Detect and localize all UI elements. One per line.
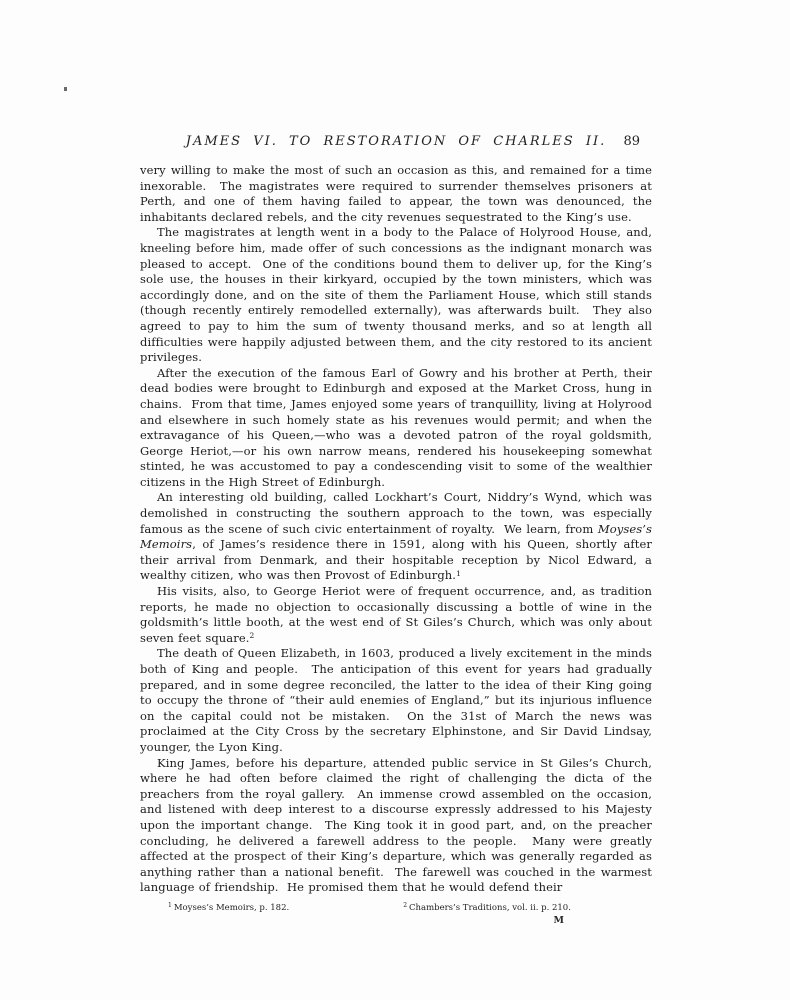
paragraph: His visits, also, to George Heriot were … [140,584,652,646]
text-segment: 2 [250,631,255,640]
paragraph: The magistrates at length went in a body… [140,225,652,365]
page-number: 89 [623,134,640,149]
running-head-title: JAMES VI. TO RESTORATION OF CHARLES II. [186,134,606,149]
text-segment: 1 [456,569,461,578]
scan-speck [64,87,67,91]
paragraph: An interesting old building, called Lock… [140,490,652,584]
page-column: JAMES VI. TO RESTORATION OF CHARLES II. … [140,134,652,926]
paragraph: King James, before his departure, attend… [140,756,652,896]
text-segment: After the execution of the famous Earl o… [140,366,656,489]
scanned-book-page: { "page": { "header": { "title": "JAMES … [0,0,790,1000]
footnotes: 1Moyses’s Memoirs, p. 182. 2Chambers’s T… [140,903,652,914]
signature-mark: M [140,915,652,926]
footnote: 1Moyses’s Memoirs, p. 182. [168,903,289,914]
text-segment: The death of Queen Elizabeth, in 1603, p… [140,646,656,754]
text-segment: His visits, also, to George Heriot were … [140,584,656,645]
paragraph: After the execution of the famous Earl o… [140,366,652,491]
text-segment: very willing to make the most of such an… [140,163,656,224]
footnote-text: Moyses’s Memoirs, p. 182. [174,903,289,913]
text-segment: King James, before his departure, attend… [140,756,656,895]
text-segment: An interesting old building, called Lock… [140,490,656,535]
text-segment: The magistrates at length went in a body… [140,225,656,364]
paragraph: very willing to make the most of such an… [140,163,652,225]
page-body: very willing to make the most of such an… [140,163,652,896]
running-head: JAMES VI. TO RESTORATION OF CHARLES II. … [140,134,652,149]
footnote: 2Chambers’s Traditions, vol. ii. p. 210. [403,903,571,914]
paragraph: The death of Queen Elizabeth, in 1603, p… [140,646,652,755]
footnote-marker: 1 [168,902,172,909]
footnote-text: Chambers’s Traditions, vol. ii. p. 210. [409,903,571,913]
text-segment: , of James’s residence there in 1591, al… [140,537,656,582]
footnote-marker: 2 [403,902,407,909]
